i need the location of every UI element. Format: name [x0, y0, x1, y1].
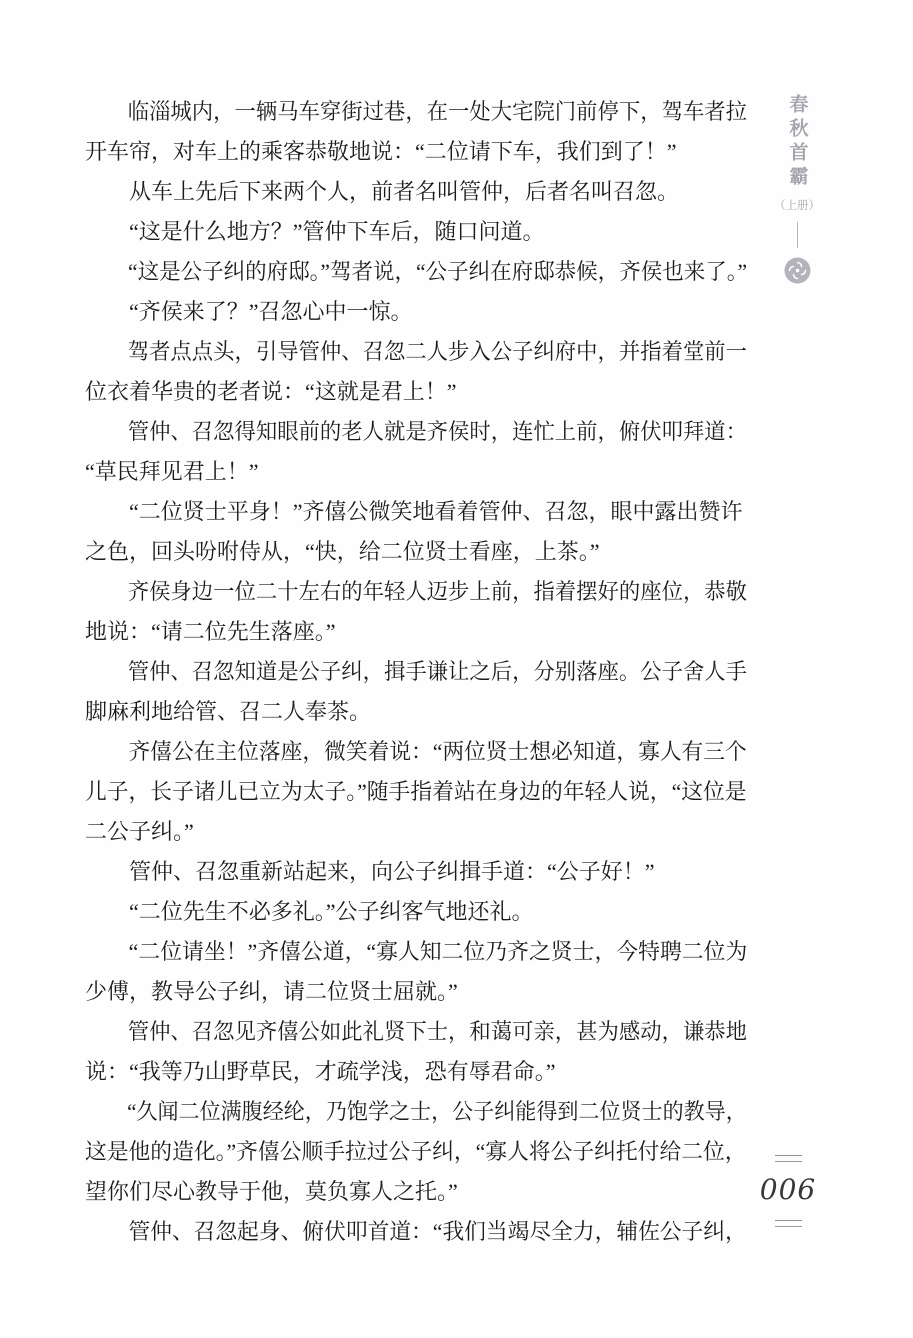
text-line: 齐僖公在主位落座，微笑着说：“两位贤士想必知道，寡人有三个 [85, 732, 739, 772]
text-line: “这是公子纠的府邸。”驾者说，“公子纠在府邸恭候，齐侯也来了。” [85, 252, 732, 292]
divider-line [797, 222, 798, 248]
text-line: 开车帘，对车上的乘客恭敬地说：“二位请下车，我们到了！” [85, 132, 747, 172]
folio-rule-top [775, 1155, 802, 1162]
text-line: 位衣着华贵的老者说：“这就是君上！” [85, 372, 747, 412]
text-line: “久闻二位满腹经纶，乃饱学之士，公子纠能得到二位贤士的教导， [85, 1092, 718, 1132]
cloud-seal-icon [784, 257, 811, 284]
text-line: 之色，回头吩咐侍从，“快，给二位贤士看座，上茶。” [85, 532, 747, 572]
text-line: 望你们尽心教导于他，莫负寡人之托。” [85, 1172, 747, 1212]
book-title-vertical: 春秋首霸 [784, 94, 811, 190]
book-page: 临淄城内，一辆马车穿街过巷，在一处大宅院门前停下，驾车者拉开车帘，对车上的乘客恭… [0, 0, 913, 1338]
text-line: 二公子纠。” [85, 812, 747, 852]
text-line: 说：“我等乃山野草民，才疏学浅，恐有辱君命。” [85, 1052, 747, 1092]
page-number: 006 [760, 1176, 816, 1204]
text-line: 齐侯身边一位二十左右的年轻人迈步上前，指着摆好的座位，恭敬 [85, 572, 728, 612]
text-line: “草民拜见君上！” [85, 452, 747, 492]
text-line: “二位贤士平身！”齐僖公微笑地看着管仲、召忽，眼中露出赞许 [85, 492, 747, 532]
text-line: 管仲、召忽知道是公子纠，揖手谦让之后，分别落座。公子舍人手 [85, 652, 728, 692]
text-line: 少傅，教导公子纠，请二位贤士屈就。” [85, 972, 747, 1012]
text-line: 脚麻利地给管、召二人奉茶。 [85, 692, 747, 732]
page-body: 临淄城内，一辆马车穿街过巷，在一处大宅院门前停下，驾车者拉开车帘，对车上的乘客恭… [85, 92, 747, 1252]
text-line: 儿子，长子诸儿已立为太子。”随手指着站在身边的年轻人说，“这位是 [85, 772, 740, 812]
text-line: “这是什么地方？”管仲下车后，随口问道。 [85, 212, 747, 252]
text-line: 从车上先后下来两个人，前者名叫管仲，后者名叫召忽。 [85, 172, 747, 212]
text-line: 驾者点点头，引导管仲、召忽二人步入公子纠府中，并指着堂前一 [85, 332, 728, 372]
text-line: 管仲、召忽重新站起来，向公子纠揖手道：“公子好！” [85, 852, 747, 892]
text-line: “二位请坐！”齐僖公道，“寡人知二位乃齐之贤士，今特聘二位为 [85, 932, 742, 972]
text-line: “二位先生不必多礼。”公子纠客气地还礼。 [85, 892, 747, 932]
text-line: 管仲、召忽见齐僖公如此礼贤下士，和蔼可亲，甚为感动，谦恭地 [85, 1012, 728, 1052]
text-line: 地说：“请二位先生落座。” [85, 612, 747, 652]
text-line: 临淄城内，一辆马车穿街过巷，在一处大宅院门前停下，驾车者拉 [85, 92, 728, 132]
page-footer: 006 [766, 1155, 810, 1227]
text-line: 管仲、召忽起身、俯伏叩首道：“我们当竭尽全力，辅佐公子纠， [85, 1212, 739, 1252]
folio-rule-bottom [775, 1220, 802, 1227]
margin-running-head: 春秋首霸 （上册） [769, 94, 825, 284]
text-line: 管仲、召忽得知眼前的老人就是齐侯时，连忙上前，俯伏叩拜道： [85, 412, 728, 452]
book-volume-label: （上册） [774, 197, 820, 213]
text-line: “齐侯来了？”召忽心中一惊。 [85, 292, 747, 332]
text-line: 这是他的造化。”齐僖公顺手拉过公子纠，“寡人将公子纠托付给二位， [85, 1132, 740, 1172]
